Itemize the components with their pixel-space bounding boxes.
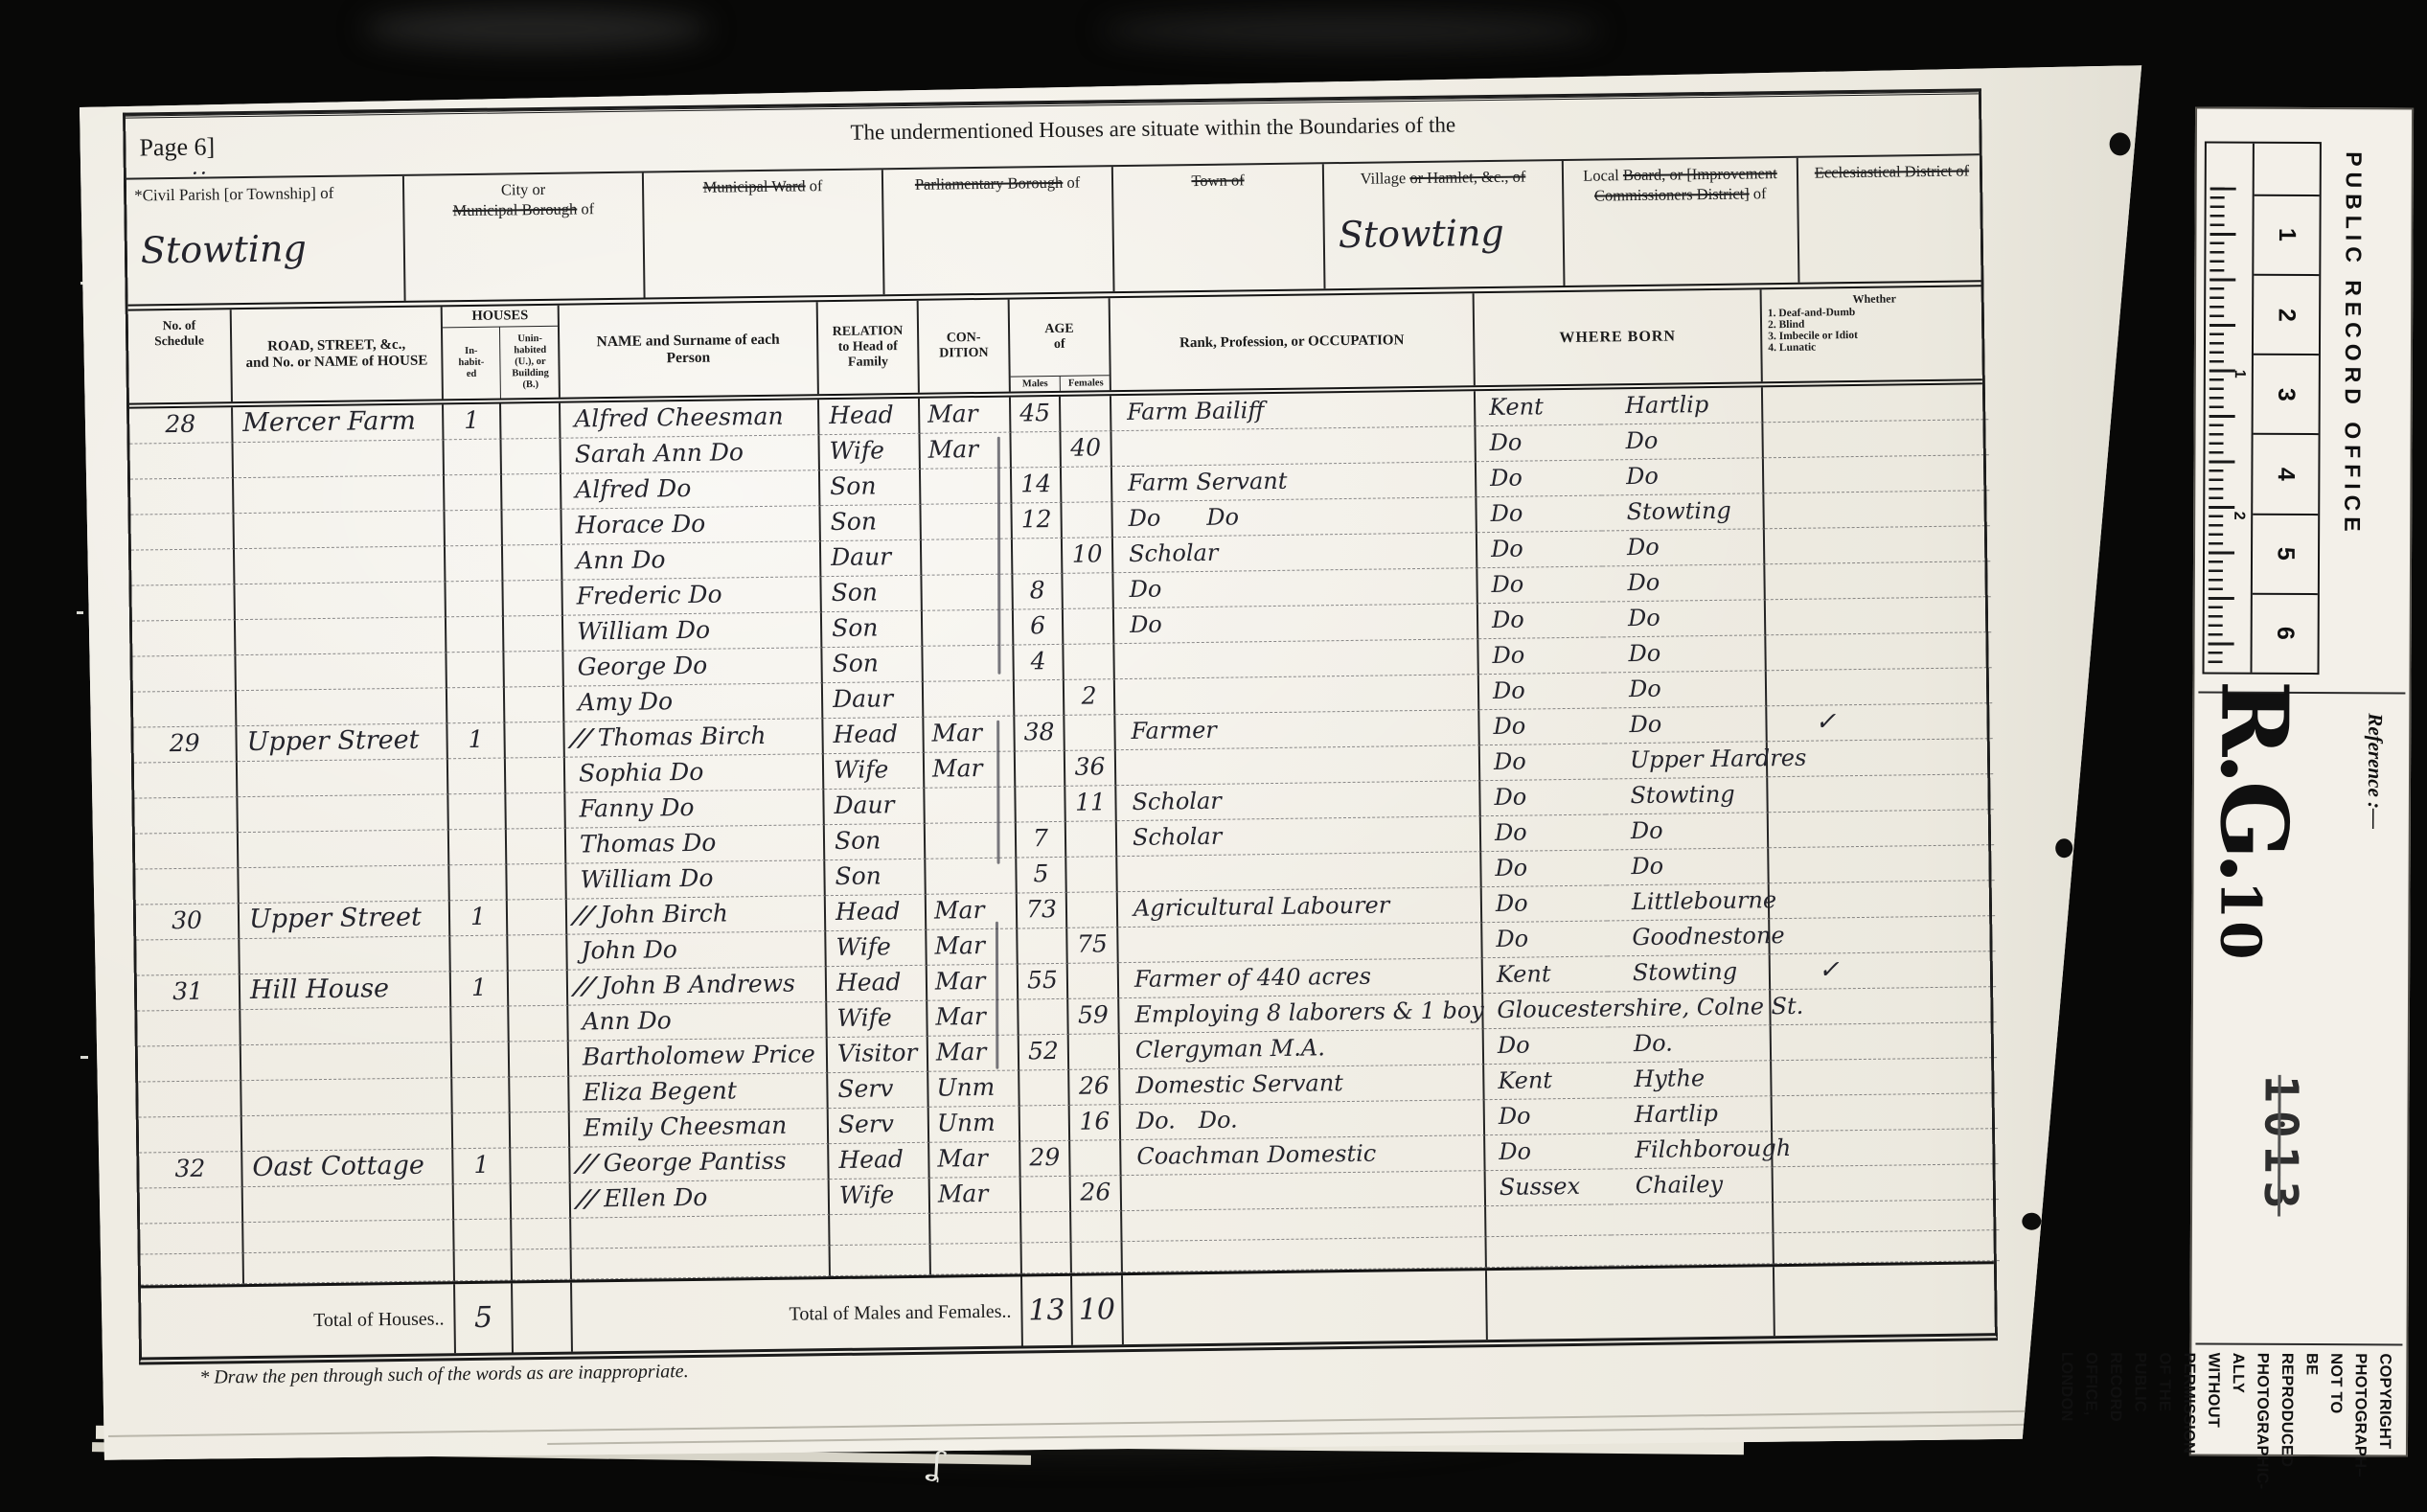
cell-rel: Serv — [828, 1072, 928, 1109]
reference-series: R.G.10 — [2207, 680, 2300, 962]
admin-box-label: City or Municipal Borough of — [412, 179, 635, 221]
cell-chk — [1767, 668, 1992, 706]
cell-rd: Upper Street — [237, 723, 447, 762]
ruler-cells: 123456 — [2250, 144, 2319, 673]
cell-rel: Head — [827, 966, 927, 1002]
cell-chk: ✓ — [1771, 951, 1996, 990]
ruler-cm-cell: 1 — [2254, 196, 2319, 276]
cell-name: //John Birch — [567, 896, 826, 935]
cell-chk — [1773, 1093, 1998, 1132]
cell-rel: Son — [820, 505, 921, 541]
cell-m: 4 — [1014, 645, 1064, 681]
cell-inh: 1 — [453, 1148, 511, 1184]
cell-rd — [234, 475, 445, 514]
cell-occ: Do — [1114, 604, 1478, 644]
cell-cond: Mar — [930, 1177, 1021, 1213]
ruler-cm-cell: 6 — [2252, 595, 2317, 673]
cell-bc: Do — [1480, 779, 1605, 816]
cell-occ: Agricultural Labourer — [1118, 887, 1482, 928]
cell-bp: Do — [1600, 423, 1763, 460]
cell-bp: Do — [1602, 564, 1765, 602]
cell-occ: Scholar — [1116, 781, 1480, 821]
cell-f: 11 — [1065, 786, 1116, 822]
cell-uninhabited — [506, 758, 565, 794]
cell-inh — [452, 1042, 510, 1078]
ruler-inch-number: 2 — [2230, 512, 2247, 520]
cell-m: 5 — [1017, 858, 1066, 894]
cell-occ — [1116, 745, 1480, 786]
cell-inh — [448, 758, 506, 794]
cell-name: Alfred Do — [561, 470, 820, 510]
cell-s — [131, 549, 235, 585]
cell-inh — [445, 511, 502, 547]
cell-cond: Mar — [920, 398, 1011, 434]
cell-bp: Do — [1603, 635, 1766, 673]
cell-cond: Mar — [927, 1000, 1019, 1037]
cell-inh — [445, 440, 502, 476]
cell-name: Eliza Begent — [569, 1073, 828, 1112]
cell-rd: Oast Cottage — [242, 1149, 453, 1187]
reference-series-number: 10 — [2208, 881, 2273, 962]
cell-bc: Do — [1479, 708, 1604, 745]
cell-bp: Upper Hardres — [1605, 742, 1768, 779]
cell-f — [1068, 963, 1119, 999]
cell-bp: Stowting — [1608, 954, 1771, 992]
cell-bp: Stowting — [1601, 493, 1764, 531]
cell-rel: Serv — [829, 1108, 929, 1144]
admin-box-label: *Civil Parish [or Township] of — [134, 182, 395, 206]
cell-occ: Do Do — [1112, 497, 1477, 538]
cell-name: Horace Do — [561, 506, 820, 545]
cell-chk — [1774, 1164, 1999, 1203]
cell-bp: Stowting — [1605, 777, 1768, 814]
cell-f — [1062, 502, 1112, 538]
admin-box-5: Village or Hamlet, &c., ofStowting — [1324, 161, 1566, 288]
cell-bp: Littlebourne — [1607, 883, 1770, 921]
cell-rd — [239, 830, 449, 868]
cell-uninhabited — [504, 652, 563, 688]
cell-m: 29 — [1020, 1141, 1070, 1178]
cell-bc: Do — [1476, 425, 1600, 463]
cell-m — [1018, 928, 1067, 965]
census-table: Page 6] .. The undermentioned Houses are… — [123, 88, 1998, 1364]
cell-uninhabited — [510, 1077, 569, 1113]
cell-m — [1019, 1070, 1069, 1107]
cell-inh: 1 — [450, 900, 508, 936]
cell-m: 7 — [1017, 822, 1066, 859]
cell-f — [1062, 467, 1112, 503]
cell-inh — [447, 688, 505, 724]
cell-inh — [446, 546, 503, 583]
cell-occ — [1117, 852, 1481, 892]
cell-f — [1065, 715, 1115, 751]
cell-occ: Scholar — [1117, 816, 1481, 857]
cell-rel: Daur — [821, 540, 922, 577]
strip-divider — [2195, 1343, 2402, 1346]
cell-occ: Clergyman M.A. — [1120, 1029, 1484, 1069]
col-header-name: NAME and Surname of each Person — [560, 302, 819, 398]
cell-inh — [446, 653, 504, 689]
cell-inh: 1 — [447, 722, 505, 759]
cell-occ — [1111, 426, 1476, 467]
cell-cond: Mar — [927, 929, 1018, 966]
cell-s: 28 — [129, 407, 233, 444]
total-males-value: 13 — [1022, 1276, 1073, 1346]
cell-chk — [1764, 491, 1989, 529]
cell-rd — [239, 865, 449, 904]
cell-m: 55 — [1019, 964, 1068, 1000]
cell-m — [1019, 999, 1068, 1036]
cell-f: 75 — [1067, 928, 1118, 964]
admin-box-label: Municipal Ward of — [652, 175, 874, 198]
cell-s — [139, 1116, 242, 1153]
cell-s — [135, 833, 239, 869]
cell-chk — [1766, 597, 1991, 635]
cell-rd: Mercer Farm — [233, 404, 444, 443]
cell-inh — [448, 793, 506, 830]
cell-rd — [243, 1184, 454, 1223]
cell-uninhabited — [502, 439, 561, 475]
cell-bp: Do — [1601, 458, 1764, 495]
cell-rel: Head — [823, 718, 924, 754]
cell-s — [138, 1081, 241, 1117]
admin-box-handwritten-value: Stowting — [141, 227, 307, 271]
photo-smudge — [1102, 13, 1600, 48]
cell-chk — [1765, 526, 1990, 564]
cell-name: Ann Do — [562, 541, 821, 581]
col-header-females: Females — [1061, 376, 1111, 391]
cell-s — [137, 1010, 240, 1046]
cell-m — [1020, 1106, 1070, 1142]
cell-rd — [235, 582, 446, 620]
cell-rd — [235, 546, 446, 584]
cell-chk — [1764, 455, 1989, 493]
admin-box-2: Municipal Ward of — [644, 170, 885, 297]
cell-rel: Wife — [819, 434, 920, 470]
film-speck — [80, 1056, 88, 1059]
admin-box-1: City or Municipal Borough of — [404, 173, 646, 301]
cell-occ: Farmer of 440 acres — [1119, 958, 1483, 998]
cell-chk — [1770, 881, 1995, 919]
cell-cond: Mar — [927, 894, 1018, 930]
col-header-uninhabited: Unin- habited (U.), or Building (B.) — [500, 327, 561, 399]
cell-rd: Hill House — [240, 972, 451, 1010]
cell-uninhabited — [501, 403, 561, 440]
total-uninhabited-value — [513, 1283, 573, 1353]
page-number-marks: .. — [192, 156, 209, 180]
cell-bp: Filchborough — [1610, 1132, 1773, 1169]
footnote: * Draw the pen through such of the words… — [199, 1361, 689, 1389]
cell-s — [134, 797, 238, 834]
cell-rel: Son — [820, 470, 921, 506]
ink-blot — [2055, 838, 2072, 858]
cell-bc: Do — [1477, 566, 1602, 604]
cell-occ — [1114, 639, 1478, 679]
cell-bp: Goodnestone — [1607, 919, 1770, 956]
cell-bc: Kent — [1483, 956, 1608, 994]
cell-bc: Do — [1481, 850, 1606, 887]
admin-box-3: Parliamentary Borough of — [883, 167, 1115, 294]
cell-rd: Upper Street — [240, 901, 450, 939]
cell-chk — [1768, 739, 1993, 777]
cell-bp: Hythe — [1609, 1061, 1772, 1098]
admin-box-7: Ecclesiastical District of — [1798, 155, 1987, 283]
admin-boxes: *Civil Parish [or Township] ofStowtingCi… — [126, 155, 1981, 310]
cell-cond: Mar — [929, 1141, 1020, 1178]
cell-f — [1063, 573, 1113, 609]
cell-inh — [451, 1006, 509, 1042]
total-houses-label: Total of Houses.. — [141, 1284, 456, 1357]
cell-f: 26 — [1071, 1176, 1122, 1212]
cell-rd — [240, 1007, 451, 1045]
cell-bc: Gloucestershire, Colne St. — [1483, 992, 1608, 1029]
cell-f: 36 — [1065, 750, 1116, 787]
cell-rd — [237, 688, 447, 726]
cell-s — [140, 1187, 243, 1224]
cell-rel: Daur — [823, 682, 924, 719]
cell-bc: Kent — [1476, 390, 1600, 427]
cell-s: 31 — [137, 974, 240, 1011]
cell-chk — [1766, 632, 1991, 671]
cell-bc: Do — [1482, 885, 1607, 923]
cell-cond — [926, 859, 1017, 895]
cell-name: //Thomas Birch — [564, 719, 823, 758]
cell-bc: Do — [1478, 637, 1603, 675]
cell-m: 8 — [1013, 574, 1063, 610]
pro-reference-strip: 1 2 123456 PUBLIC RECORD OFFICE Referenc… — [2189, 107, 2414, 1457]
admin-box-label: Parliamentary Borough of — [891, 172, 1104, 195]
cell-bc: Do — [1477, 461, 1601, 498]
cell-s — [131, 514, 235, 550]
cell-chk — [1768, 774, 1993, 813]
cell-uninhabited — [511, 1148, 570, 1184]
col-header-where-born: WHERE BORN — [1475, 289, 1763, 385]
cell-uninhabited — [508, 935, 567, 972]
cell-f — [1061, 396, 1111, 432]
cell-rd — [238, 794, 448, 833]
household-separator-mark: // — [570, 1182, 605, 1215]
admin-box-4: Town of — [1113, 164, 1326, 291]
scanned-census-photograph: ʆ Page 6] .. The undermentioned Houses a… — [0, 0, 2427, 1512]
total-houses-value: 5 — [455, 1283, 514, 1353]
cell-s — [138, 1045, 241, 1082]
cell-cond: Mar — [925, 752, 1016, 789]
cell-bp: Hartlip — [1610, 1096, 1773, 1134]
cell-chk — [1770, 916, 1995, 954]
cell-m — [1021, 1177, 1071, 1213]
cell-f: 40 — [1061, 431, 1111, 468]
cell-bc: Do — [1479, 673, 1604, 710]
cell-m — [1016, 751, 1065, 788]
cell-occ: Employing 8 laborers & 1 boy — [1119, 994, 1483, 1034]
admin-box-label: Village or Hamlet, &c., of — [1332, 167, 1554, 190]
cell-uninhabited — [503, 581, 562, 617]
ruler-cm-cell: 4 — [2253, 435, 2318, 515]
cell-rd — [234, 440, 445, 478]
cell-f — [1066, 857, 1117, 893]
cell-name: Amy Do — [564, 683, 823, 722]
ink-blot — [2022, 1213, 2041, 1230]
cell-rd — [241, 1078, 452, 1116]
col-header-disabilities: Whether 1. Deaf-and-Dumb 2. Blind 3. Imb… — [1762, 286, 1988, 381]
cell-m: 38 — [1015, 716, 1065, 752]
cell-cond — [925, 788, 1016, 824]
col-header-inhabited: In- habit- ed — [443, 328, 501, 400]
cell-name: Ann Do — [568, 1002, 827, 1042]
cell-m: 12 — [1012, 503, 1062, 539]
cell-uninhabited — [507, 829, 566, 865]
cell-f: 26 — [1069, 1069, 1120, 1106]
cell-bc: Do — [1481, 814, 1606, 852]
reference-series-prefix: R.G. — [2200, 680, 2309, 882]
cell-rd — [238, 759, 448, 797]
ruler-inch-number: 1 — [2231, 370, 2248, 378]
cell-s: 32 — [139, 1152, 242, 1188]
page-edge-line — [108, 1409, 2109, 1437]
cell-uninhabited — [507, 864, 566, 901]
cell-f — [1069, 1034, 1120, 1070]
cell-chk — [1765, 561, 1990, 600]
cell-inh — [446, 617, 504, 653]
cell-uninhabited — [505, 687, 564, 723]
cell-occ: Domestic Servant — [1120, 1065, 1484, 1105]
household-separator-mark: // — [564, 722, 599, 754]
cell-f — [1064, 608, 1114, 645]
cell-inh — [446, 582, 503, 618]
cell-chk — [1772, 1022, 1997, 1061]
rows: 28Mercer Farm1Alfred CheesmanHeadMar45Fa… — [129, 384, 1994, 1285]
cell-rel: Wife — [827, 1001, 927, 1038]
cell-rel: Son — [822, 647, 923, 683]
cell-cond: Mar — [927, 965, 1019, 1001]
pro-office-label: PUBLIC RECORD OFFICE — [2338, 151, 2367, 717]
col-header-males: Males — [1011, 377, 1061, 392]
ink-blot — [2109, 132, 2130, 155]
cell-m — [1015, 680, 1065, 717]
cell-chk — [1771, 987, 1996, 1025]
cell-s: 30 — [136, 904, 240, 940]
cell-f: 10 — [1063, 538, 1113, 574]
cell-uninhabited — [502, 474, 561, 511]
cell-f: 2 — [1065, 679, 1115, 716]
cell-name: Sarah Ann Do — [561, 435, 819, 474]
cell-rel: Son — [825, 859, 926, 896]
cell-m — [1016, 787, 1065, 823]
cell-bp: Do — [1602, 529, 1765, 566]
cell-rd — [236, 653, 446, 691]
cell-rd — [241, 1042, 452, 1081]
cell-chk — [1769, 810, 1994, 848]
cell-occ — [1122, 1171, 1486, 1211]
cell-s — [132, 620, 236, 656]
cell-rel: Head — [829, 1143, 929, 1180]
cell-s — [133, 691, 237, 727]
cell-uninhabited — [504, 616, 563, 653]
cell-bc: Do — [1480, 744, 1605, 781]
cell-m: 45 — [1011, 397, 1061, 433]
cell-inh: 1 — [451, 971, 509, 1007]
cell-chk — [1769, 845, 1994, 883]
cell-s — [132, 655, 236, 692]
cell-bc: Kent — [1484, 1063, 1609, 1100]
cell-bp: Do. — [1609, 1025, 1772, 1063]
pen-stroke — [996, 922, 998, 1069]
cell-inh: 1 — [444, 404, 501, 441]
cell-occ — [1115, 675, 1479, 715]
cell-bc: Sussex — [1486, 1169, 1611, 1206]
cell-rel: Daur — [824, 789, 925, 825]
cell-name: //John B Andrews — [568, 967, 827, 1006]
cell-occ: Farmer — [1115, 710, 1479, 750]
cell-name: William Do — [566, 860, 825, 900]
col-header-houses-title: HOUSES — [443, 306, 558, 329]
col-header-schedule: No. of Schedule — [128, 309, 233, 402]
cell-bc: Do — [1485, 1134, 1610, 1171]
cell-occ: Do — [1113, 568, 1477, 608]
cell-inh — [454, 1183, 512, 1220]
reference-label: Reference :— — [2363, 713, 2388, 829]
cell-bp: Do — [1603, 600, 1766, 637]
cell-chk: ✓ — [1767, 703, 1992, 742]
cell-rel: Wife — [824, 753, 925, 790]
ruler-cm-cell: 2 — [2254, 276, 2319, 355]
cell-s — [136, 939, 240, 975]
cell-inh — [449, 864, 507, 901]
cell-name: Alfred Cheesman — [561, 400, 819, 439]
cell-m: 73 — [1018, 893, 1067, 929]
cell-chk — [1763, 384, 1988, 423]
copyright-notice: COPYRIGHT PHOTOGRAPH–NOT TOBE REPRODUCED… — [2201, 1353, 2396, 1454]
cell-inh — [449, 829, 507, 865]
cell-f — [1070, 1140, 1121, 1177]
cell-f: 59 — [1068, 998, 1119, 1035]
cell-rd — [242, 1113, 453, 1152]
col-header-disabilities-items: 1. Deaf-and-Dumb 2. Blind 3. Imbecile or… — [1768, 305, 1982, 354]
cell-bp: Do — [1604, 706, 1767, 744]
col-header-relation: RELATION to Head of Family — [818, 301, 920, 394]
cell-bp: Do — [1606, 848, 1769, 885]
cell-cond: Mar — [924, 717, 1015, 753]
cell-occ — [1118, 923, 1482, 963]
cell-rd — [236, 617, 446, 655]
cell-uninhabited — [510, 1042, 569, 1078]
cell-bc: Do — [1485, 1098, 1610, 1135]
cell-uninhabited — [503, 545, 562, 582]
cell-uninhabited — [502, 510, 561, 546]
cell-bc: Do — [1482, 921, 1607, 958]
cell-cond: Mar — [928, 1036, 1019, 1072]
copyright-line: COPYRIGHT PHOTOGRAPH–NOT TO — [2323, 1353, 2396, 1453]
cell-f — [1066, 821, 1117, 858]
cell-rel: Wife — [826, 930, 927, 967]
cell-bc: Do — [1477, 532, 1602, 569]
cell-m — [1011, 432, 1061, 469]
cell-occ: Farm Servant — [1112, 462, 1477, 502]
cell-name: Thomas Do — [566, 825, 825, 864]
admin-box-6: Local Board, or [Improvement Commissione… — [1564, 158, 1800, 286]
admin-box-label: Local Board, or [Improvement Commissione… — [1571, 164, 1790, 206]
cell-bp: Do — [1604, 671, 1767, 708]
cell-s — [131, 584, 235, 621]
cell-name: //Ellen Do — [571, 1180, 830, 1219]
cell-cond — [923, 646, 1014, 682]
admin-box-label: Town of — [1121, 170, 1315, 192]
cell-name: Sophia Do — [565, 754, 824, 793]
cell-rel: Visitor — [828, 1037, 928, 1073]
col-header-condition: CON- DITION — [919, 300, 1011, 393]
col-header-age-title: AGE of — [1010, 298, 1110, 376]
admin-box-handwritten-value: Stowting — [1338, 212, 1503, 256]
